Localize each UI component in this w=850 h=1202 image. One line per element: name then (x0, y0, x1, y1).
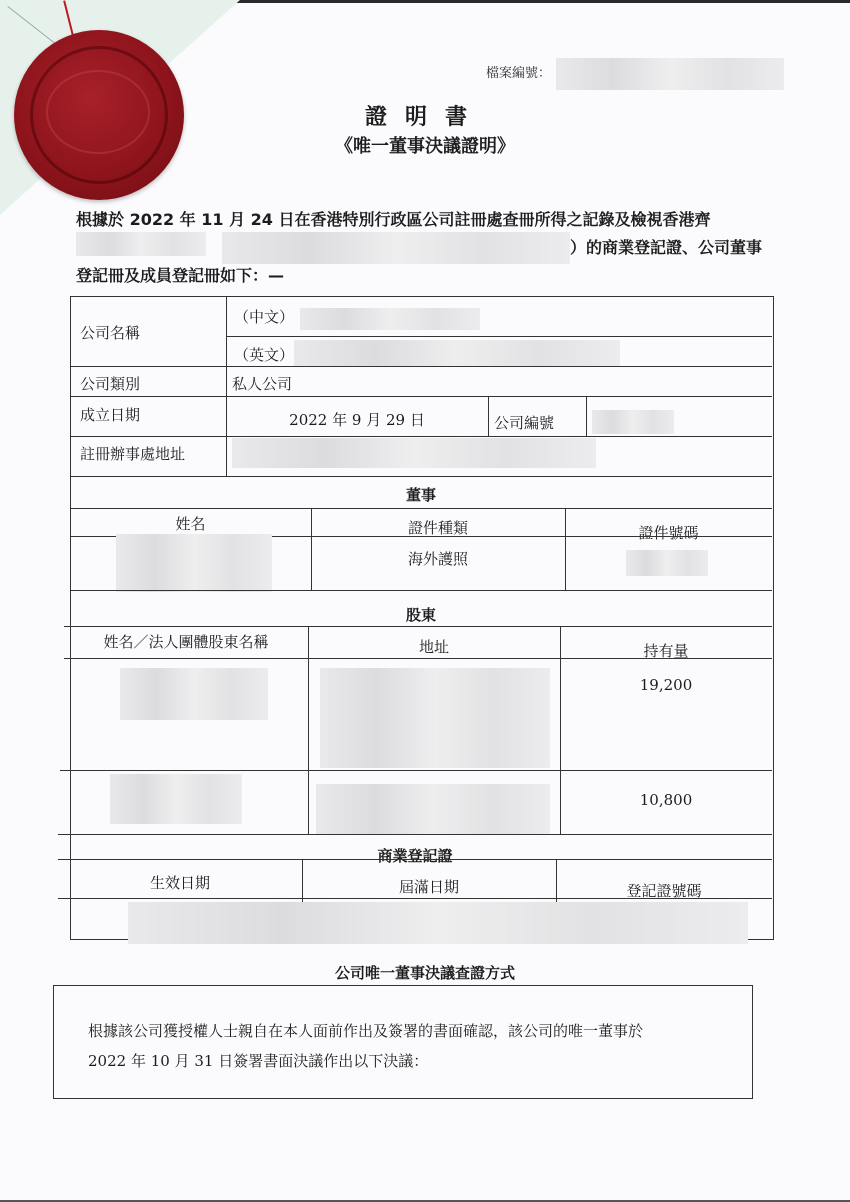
shareholders-col-name: 姓名／法人團體股東名稱 (64, 631, 308, 652)
verification-method-box: 根據該公司獲授權人士親自在本人面前作出及簽署的書面確認，該公司的唯一董事於 20… (53, 985, 753, 1099)
director-name-value (116, 534, 272, 592)
company-type-label: 公司類別 (80, 373, 140, 394)
founded-date-value: 2022 年 9 月 29 日 (226, 409, 488, 430)
divider (488, 396, 489, 436)
verification-method-text: 根據該公司獲授權人士親自在本人面前作出及簽署的書面確認，該公司的唯一董事於 20… (88, 1016, 748, 1076)
directors-col-name: 姓名 (70, 513, 311, 534)
shareholder-1-name (120, 668, 268, 720)
br-col-effective-date: 生效日期 (58, 872, 302, 893)
divider (64, 626, 772, 627)
method-line-1: 根據該公司獲授權人士親自在本人面前作出及簽署的書面確認，該公司的唯一董事於 (88, 1016, 748, 1046)
company-type-value: 私人公司 (232, 373, 292, 394)
shareholder-1-holding: 19,200 (560, 676, 772, 694)
company-name-redacted (76, 232, 206, 256)
divider (60, 770, 772, 771)
directors-col-id-type: 證件種類 (311, 517, 565, 538)
shareholders-section-title: 股東 (70, 604, 772, 625)
company-name-label: 公司名稱 (80, 322, 140, 343)
br-col-expiry-date: 屆滿日期 (302, 876, 556, 897)
br-row-values (128, 902, 748, 944)
divider (226, 336, 772, 337)
directors-section-title: 董事 (70, 484, 772, 505)
divider (58, 859, 772, 860)
method-line-2: 2022 年 10 月 31 日簽署書面決議作出以下決議： (88, 1046, 748, 1076)
shareholder-2-address (316, 784, 550, 834)
intro-line-1: 根據於 2022 年 11 月 24 日在香港特別行政區公司註冊處查冊所得之記錄… (76, 206, 711, 234)
divider (70, 476, 772, 477)
file-number-label: 檔案編號： (486, 62, 551, 81)
company-name-en-prefix: （英文） (234, 344, 294, 365)
business-registration-section-title: 商業登記證 (58, 845, 772, 866)
document-subtitle: 《唯一董事決議證明》 (0, 132, 850, 158)
shareholders-col-address: 地址 (308, 636, 560, 657)
shareholder-2-holding: 10,800 (560, 791, 772, 809)
company-number-value (592, 410, 674, 434)
divider (58, 834, 772, 835)
founded-date-label: 成立日期 (80, 404, 140, 425)
intro-line-2-tail: ）的商業登記證、公司董事 (570, 234, 762, 262)
divider (64, 658, 772, 659)
company-name-cn-prefix: （中文） (234, 306, 294, 327)
divider (70, 508, 772, 509)
divider (586, 396, 587, 436)
divider (226, 296, 227, 476)
divider (58, 898, 772, 899)
intro-line-3: 登記冊及成員登記冊如下：— (76, 262, 284, 290)
director-id-number-value (626, 550, 708, 576)
divider (70, 436, 772, 437)
company-number-label: 公司編號 (494, 412, 554, 433)
director-id-type-value: 海外護照 (311, 548, 565, 569)
divider (70, 366, 772, 367)
company-name-en-redacted (222, 232, 570, 264)
divider (70, 590, 772, 591)
company-name-en-value (294, 340, 620, 366)
divider (70, 396, 772, 397)
divider (565, 508, 566, 590)
file-number-redacted (556, 58, 784, 90)
shareholder-1-address (320, 668, 550, 768)
company-name-cn-value (300, 308, 480, 330)
registered-address-value (232, 438, 596, 468)
shareholder-2-name (110, 774, 242, 824)
verification-method-title: 公司唯一董事決議查證方式 (0, 962, 850, 983)
registered-address-label: 註冊辦事處地址 (80, 443, 185, 464)
directors-col-id-number: 證件號碼 (565, 522, 772, 543)
document-title: 證明書 (0, 100, 850, 131)
